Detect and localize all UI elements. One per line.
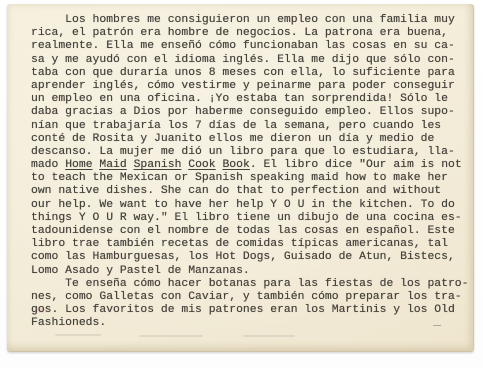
text-segment: Fashioneds. [31,317,106,329]
text-segment: descanso. La mujer me dió un libro para … [31,146,455,158]
text-segment: taba con que duraría unos 8 meses con el… [31,67,455,79]
text-segment: mado [31,159,65,171]
underlined-text: Cook [188,159,215,171]
text-segment: to teach the Mexican or Spanish speaking… [31,172,448,184]
text-segment: nían que trabajaría los 7 días de la sem… [31,120,441,132]
text-segment: conté de Rosita y Juanito ellos me diero… [31,133,434,145]
text-segment: aprender inglés, cómo vestirme y peinarm… [31,80,455,92]
text-segment: como las Hamburguesas, los Hot Dogs, Gui… [31,251,455,263]
document-line: como las Hamburguesas, los Hot Dogs, Gui… [31,251,468,264]
text-segment: rica, el patrón era hombre de negocios. … [31,27,448,39]
ghost-mark [243,335,295,337]
document-text: Los hombres me consiguieron un empleo co… [31,14,468,331]
ghost-mark [139,335,203,337]
document-line: conté de Rosita y Juanito ellos me diero… [31,133,468,146]
text-segment: nes, como Galletas con Caviar, y también… [31,291,462,303]
text-segment: realmente. Ella me enseñó cómo funcionab… [31,40,455,52]
text-segment: gos. Los favoritos de mis patrones eran … [31,304,455,316]
text-segment: Lomo Asado y Pastel de Manzanas. [31,265,250,277]
document-line: Los hombres me consiguieron un empleo co… [31,14,468,27]
text-segment: Te enseña cómo hacer botanas para las fi… [31,278,468,290]
document-line: un empleo en una oficina. ¡Yo estaba tan… [31,93,468,106]
pencil-mark: ~ [431,321,443,334]
underlined-text: Spanish [134,159,182,171]
document-line: nían que trabajaría los 7 días de la sem… [31,120,468,133]
text-segment: . El libro dice "Our aim is not [250,159,462,171]
paper-page: Los hombres me consiguieron un empleo co… [7,4,474,352]
underlined-text: Maid [99,159,126,171]
document-line: to teach the Mexican or Spanish speaking… [31,172,468,185]
text-segment: things Y O U R way." El libro tiene un d… [31,212,462,224]
document-line: Lomo Asado y Pastel de Manzanas. [31,265,468,278]
text-segment: own native dishes. She can do that to pe… [31,185,441,197]
document-line: Fashioneds. [31,317,468,330]
document-line: things Y O U R way." El libro tiene un d… [31,212,468,225]
document-line: own native dishes. She can do that to pe… [31,185,468,198]
document-line: realmente. Ella me enseñó cómo funcionab… [31,40,468,53]
document-line: libro trae también recetas de comidas tí… [31,238,468,251]
document-line: gos. Los favoritos de mis patrones eran … [31,304,468,317]
document-line: our help. We want to have her help Y O U… [31,199,468,212]
document-line: aprender inglés, cómo vestirme y peinarm… [31,80,468,93]
document-line: mado Home Maid Spanish Cook Book. El lib… [31,159,468,172]
text-segment: our help. We want to have her help Y O U… [31,199,455,211]
document-line: nes, como Galletas con Caviar, y también… [31,291,468,304]
underlined-text: Home [65,159,92,171]
underlined-text: Book [222,159,249,171]
ghost-mark [55,334,101,336]
document-line: sa y me ayudó con el idioma inglés. Ella… [31,54,468,67]
document-line: rica, el patrón era hombre de negocios. … [31,27,468,40]
text-segment: libro trae también recetas de comidas tí… [31,238,448,250]
document-line: descanso. La mujer me dió un libro para … [31,146,468,159]
document-line: daba gracias a Dios por haberme consegui… [31,106,468,119]
document-line: Te enseña cómo hacer botanas para las fi… [31,278,468,291]
text-segment: sa y me ayudó con el idioma inglés. Ella… [31,54,455,66]
text-segment: un empleo en una oficina. ¡Yo estaba tan… [31,93,448,105]
text-segment: Los hombres me consiguieron un empleo co… [31,14,455,26]
text-segment: daba gracias a Dios por haberme consegui… [31,106,455,118]
document-line: tadounidense con el nombre de todas las … [31,225,468,238]
text-segment: tadounidense con el nombre de todas las … [31,225,455,237]
document-line: taba con que duraría unos 8 meses con el… [31,67,468,80]
text-segment [127,159,134,171]
